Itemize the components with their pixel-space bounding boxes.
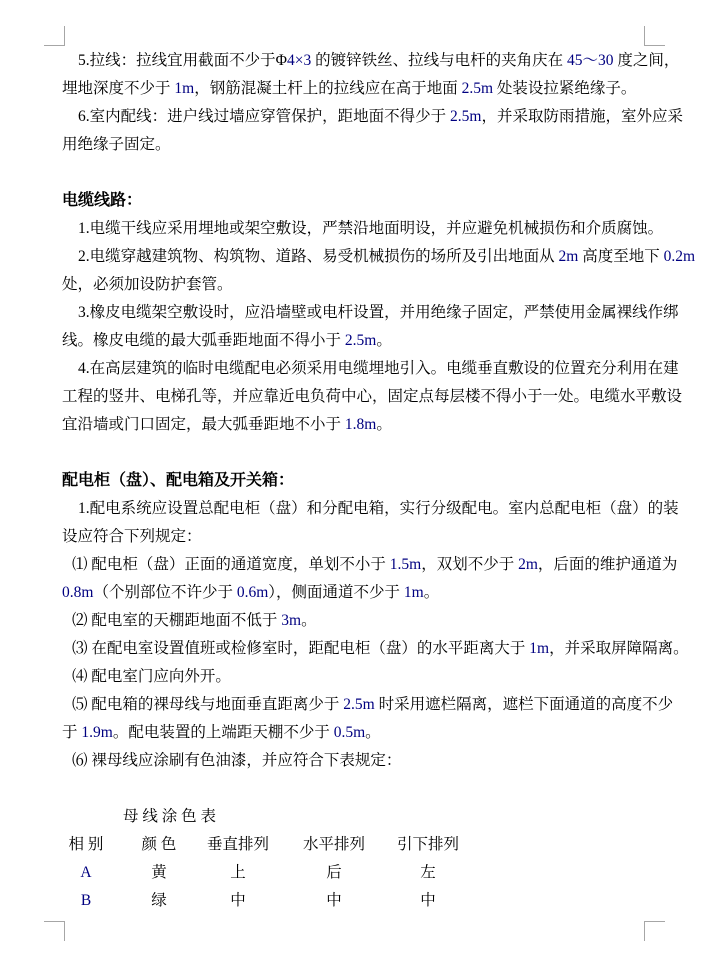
table-row: A黄上后左 — [62, 859, 654, 887]
text-segment: 。 — [376, 416, 392, 433]
measurement-value: 1.9m — [81, 724, 112, 741]
text-segment: 3.橡皮电缆架空敷设时，应沿墙壁或电杆设置，并用绝缘子固定，严禁使用金属裸线作绑 — [78, 304, 679, 321]
text-segment: 4.在高层建筑的临时电缆配电必须采用电缆埋地引入。电缆垂直敷设的位置充分利用在建 — [78, 360, 679, 377]
table-title: 母 线 涂 色 表 — [62, 803, 654, 831]
text-segment: ⑴ 配电柜（盘）正面的通道宽度，单划不小于 — [72, 556, 390, 573]
table-cell: 中 — [420, 887, 436, 915]
text-segment: ，并采取屏障隔离。 — [549, 640, 689, 657]
text-segment: ，并采取防雨措施，室外应采 — [481, 108, 683, 125]
text-line: ⑷ 配电室门应向外开。 — [62, 663, 654, 691]
text-line: 于 1.9m。配电装置的上端距天棚不少于 0.5m。 — [62, 719, 654, 747]
text-segment: 线。橡皮电缆的最大弧垂距地面不得小于 — [62, 332, 345, 349]
measurement-value: 45～30 — [567, 52, 614, 69]
blank-line — [62, 439, 654, 467]
measurement-value: 2m — [518, 556, 538, 573]
table-cell: 中 — [230, 887, 246, 915]
text-line: 宜沿墙或门口固定，最大弧垂距地不小于 1.8m。 — [62, 411, 654, 439]
text-line: ⑴ 配电柜（盘）正面的通道宽度，单划不小于 1.5m，双划不少于 2m，后面的维… — [62, 551, 654, 579]
text-line: 1.电缆干线应采用埋地或架空敷设，严禁沿地面明设，并应避免机械损伤和介质腐蚀。 — [62, 215, 654, 243]
document-page: 5.拉线：拉线宜用截面不少于Φ4×3 的镀锌铁丝、拉线与电杆的夹角庆在 45～3… — [0, 0, 706, 959]
section-heading: 配电柜（盘）、配电箱及开关箱： — [62, 467, 654, 495]
crop-mark-bottom-left-icon — [44, 921, 65, 941]
table-cell: 后 — [326, 859, 342, 887]
measurement-value: 2.5m — [450, 108, 481, 125]
blank-line — [62, 775, 654, 803]
text-line: 1.配电系统应设置总配电柜（盘）和分配电箱，实行分级配电。室内总配电柜（盘）的装 — [62, 495, 654, 523]
crop-mark-top-left-icon — [44, 26, 65, 46]
text-line: 线。橡皮电缆的最大弧垂距地面不得小于 2.5m。 — [62, 327, 654, 355]
table-header-cell: 颜 色 — [142, 831, 177, 859]
text-segment: ⑷ 配电室门应向外开。 — [72, 668, 231, 685]
measurement-value: 1m — [404, 584, 424, 601]
text-line: ⑵ 配电室的天棚距地面不低于 3m。 — [62, 607, 654, 635]
table-title-text: 母 线 涂 色 表 — [123, 803, 216, 831]
text-segment: 。配电装置的上端距天棚不少于 — [113, 724, 334, 741]
document-body: 5.拉线：拉线宜用截面不少于Φ4×3 的镀锌铁丝、拉线与电杆的夹角庆在 45～3… — [62, 47, 654, 915]
text-segment: ，后面的维护通道为 — [538, 556, 678, 573]
table-cell: 左 — [420, 859, 436, 887]
table-cell: 黄 — [151, 859, 167, 887]
text-line: 用绝缘子固定。 — [62, 131, 654, 159]
text-segment: ，钢筋混凝土杆上的拉线应在高于地面 — [194, 80, 461, 97]
table-cell: 上 — [230, 859, 246, 887]
measurement-value: 1m — [529, 640, 549, 657]
measurement-value: 1.8m — [345, 416, 376, 433]
measurement-value: 2.5m — [345, 332, 376, 349]
text-segment: ，双划不少于 — [421, 556, 518, 573]
text-segment: 度之间， — [614, 52, 680, 69]
text-segment: 1.配电系统应设置总配电柜（盘）和分配电箱，实行分级配电。室内总配电柜（盘）的装 — [78, 500, 679, 517]
text-segment: 处，必须加设防护套管。 — [62, 276, 233, 293]
measurement-value: 0.2m — [664, 248, 695, 265]
text-segment: 电缆线路： — [62, 192, 142, 209]
text-segment: 处装设拉紧绝缘子。 — [493, 80, 636, 97]
text-segment: 1.电缆干线应采用埋地或架空敷设，严禁沿地面明设，并应避免机械损伤和介质腐蚀。 — [78, 220, 663, 237]
text-segment: 5.拉线：拉线宜用截面不少于Φ — [78, 52, 287, 69]
crop-mark-bottom-right-icon — [644, 921, 665, 941]
text-line: 6.室内配线：进户线过墙应穿管保护，距地面不得少于 2.5m，并采取防雨措施，室… — [62, 103, 654, 131]
text-line: 0.8m（个别部位不许少于 0.6m），侧面通道不少于 1m。 — [62, 579, 654, 607]
text-segment: 于 — [62, 724, 81, 741]
section-heading: 电缆线路： — [62, 187, 654, 215]
text-segment: ⑸ 配电箱的裸母线与地面垂直距离少于 — [72, 696, 343, 713]
text-segment: ⑶ 在配电室设置值班或检修室时，距配电柜（盘）的水平距离大于 — [72, 640, 529, 657]
text-line: ⑹ 裸母线应涂刷有色油漆，并应符合下表规定： — [62, 747, 654, 775]
table-header-row: 相 别颜 色垂直排列水平排列引下排列 — [62, 831, 654, 859]
table-header-cell: 引下排列 — [397, 831, 459, 859]
table-cell: 中 — [326, 887, 342, 915]
text-line: ⑶ 在配电室设置值班或检修室时，距配电柜（盘）的水平距离大于 1m，并采取屏障隔… — [62, 635, 654, 663]
table-row: B绿中中中 — [62, 887, 654, 915]
measurement-value: 2m — [559, 248, 579, 265]
text-segment: 高度至地下 — [578, 248, 663, 265]
text-segment: 时采用遮栏隔离，遮栏下面通道的高度不少 — [375, 696, 673, 713]
text-line: 4.在高层建筑的临时电缆配电必须采用电缆埋地引入。电缆垂直敷设的位置充分利用在建 — [62, 355, 654, 383]
measurement-value: 2.5m — [462, 80, 493, 97]
text-segment: 2.电缆穿越建筑物、构筑物、道路、易受机械损伤的场所及引出地面从 — [78, 248, 559, 265]
text-segment: 6.室内配线：进户线过墙应穿管保护，距地面不得少于 — [78, 108, 450, 125]
text-segment: 。 — [301, 612, 317, 629]
table-cell: 绿 — [151, 887, 167, 915]
table-cell-phase: A — [80, 859, 91, 887]
text-segment: ），侧面通道不少于 — [268, 584, 404, 601]
text-segment: 。 — [365, 724, 381, 741]
text-segment: 的镀锌铁丝、拉线与电杆的夹角庆在 — [311, 52, 567, 69]
text-segment: ⑵ 配电室的天棚距地面不低于 — [72, 612, 281, 629]
text-segment: 配电柜（盘）、配电箱及开关箱： — [62, 472, 294, 489]
measurement-value: 0.8m — [62, 584, 93, 601]
table-cell-phase: B — [81, 887, 91, 915]
measurement-value: 3m — [281, 612, 301, 629]
text-line: 3.橡皮电缆架空敷设时，应沿墙壁或电杆设置，并用绝缘子固定，严禁使用金属裸线作绑 — [62, 299, 654, 327]
text-segment: 。 — [424, 584, 440, 601]
text-segment: 。 — [376, 332, 392, 349]
text-line: 2.电缆穿越建筑物、构筑物、道路、易受机械损伤的场所及引出地面从 2m 高度至地… — [62, 243, 654, 271]
text-segment: （个别部位不许少于 — [93, 584, 236, 601]
text-segment: 宜沿墙或门口固定，最大弧垂距地不小于 — [62, 416, 345, 433]
crop-mark-top-right-icon — [644, 26, 665, 46]
text-line: ⑸ 配电箱的裸母线与地面垂直距离少于 2.5m 时采用遮栏隔离，遮栏下面通道的高… — [62, 691, 654, 719]
text-line: 5.拉线：拉线宜用截面不少于Φ4×3 的镀锌铁丝、拉线与电杆的夹角庆在 45～3… — [62, 47, 654, 75]
text-line: 处，必须加设防护套管。 — [62, 271, 654, 299]
text-line: 工程的竖井、电梯孔等，并应靠近电负荷中心，固定点每层楼不得小于一处。电缆水平敷设 — [62, 383, 654, 411]
measurement-value: 0.5m — [334, 724, 365, 741]
table-header-cell: 垂直排列 — [207, 831, 269, 859]
measurement-value: 4×3 — [287, 52, 311, 69]
text-segment: 用绝缘子固定。 — [62, 136, 171, 153]
table-header-cell: 相 别 — [69, 831, 104, 859]
text-segment: 设应符合下列规定： — [62, 528, 202, 545]
measurement-value: 1m — [174, 80, 194, 97]
text-line: 设应符合下列规定： — [62, 523, 654, 551]
blank-line — [62, 159, 654, 187]
measurement-value: 0.6m — [237, 584, 268, 601]
measurement-value: 2.5m — [343, 696, 374, 713]
text-segment: 埋地深度不少于 — [62, 80, 174, 97]
table-header-cell: 水平排列 — [303, 831, 365, 859]
measurement-value: 1.5m — [390, 556, 421, 573]
text-segment: ⑹ 裸母线应涂刷有色油漆，并应符合下表规定： — [72, 752, 401, 769]
text-line: 埋地深度不少于 1m，钢筋混凝土杆上的拉线应在高于地面 2.5m 处装设拉紧绝缘… — [62, 75, 654, 103]
text-segment: 工程的竖井、电梯孔等，并应靠近电负荷中心，固定点每层楼不得小于一处。电缆水平敷设 — [62, 388, 682, 405]
